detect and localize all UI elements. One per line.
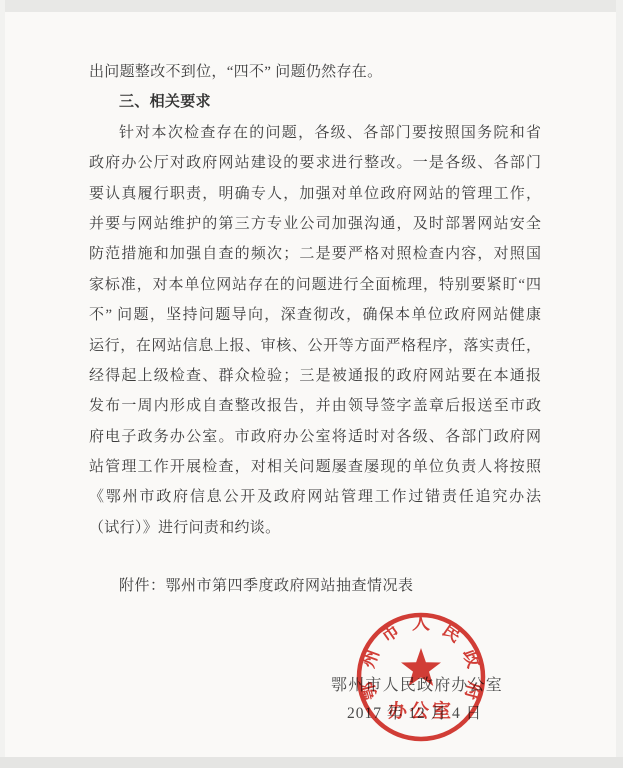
text-line: 并要与网站维护的第三方专业公司加强沟通，及时部署网站安全 (89, 209, 541, 239)
seal-bottom-text: 办公室 (388, 699, 454, 722)
text-line: 出问题整改不到位，“四不” 问题仍然存在。 (89, 57, 541, 87)
text-line: 经得起上级检查、群众检验；三是被通报的政府网站要在本通报 (89, 361, 541, 391)
seal-arc-char: 民 (439, 619, 465, 646)
scan-artifact-top (0, 0, 623, 12)
text-line: 家标准，对本单位网站存在的问题进行全面梳理，特别要紧盯“四 (89, 270, 541, 300)
scanned-document-page: 出问题整改不到位，“四不” 问题仍然存在。 三、相关要求 针对本次检查存在的问题… (0, 0, 623, 768)
text-line: 发布一周内形成自查整改报告，并由领导签字盖章后报送至市政 (89, 391, 541, 421)
text-line: 防范措施和加强自查的频次；二是要严格对照检查内容，对照国 (89, 239, 541, 269)
seal-arc-char: 府 (461, 680, 486, 703)
text-line: 针对本次检查存在的问题，各级、各部门要按照国务院和省 (89, 118, 541, 148)
scan-artifact-right (616, 0, 623, 768)
text-line: （试行）》进行问责和约谈。 (89, 513, 541, 543)
attachment-line: 附件：鄂州市第四季度政府网站抽查情况表 (89, 571, 541, 601)
text-line: 政府办公厅对政府网站建设的要求进行整改。一是各级、各部门 (89, 148, 541, 178)
text-line: 要认真履行职责，明确专人，加强对单位政府网站的管理工作， (89, 179, 541, 209)
text-line: 《鄂州市政府信息公开及政府网站管理工作过错责任追究办法 (89, 482, 541, 512)
scan-artifact-bottom (0, 757, 623, 768)
text-line: 运行，在网站信息上报、审核、公开等方面严格程序，落实责任， (89, 331, 541, 361)
seal-arc-char: 人 (412, 613, 430, 633)
official-seal: 鄂 州 市 人 民 政 府 办公室 (352, 608, 490, 746)
document-body: 出问题整改不到位，“四不” 问题仍然存在。 三、相关要求 针对本次检查存在的问题… (89, 57, 541, 543)
text-line: 不” 问题，坚持问题导向，深查彻改，确保本单位政府网站健康 (89, 300, 541, 330)
scan-artifact-left (0, 0, 5, 768)
section-heading: 三、相关要求 (89, 87, 541, 117)
text-line: 府电子政务办公室。市政府办公室将适时对各级、各部门政府网 (89, 422, 541, 452)
seal-arc-char: 市 (376, 619, 403, 647)
star-icon (401, 648, 441, 686)
text-line: 站管理工作开展检查，对相关问题屡查屡现的单位负责人将按照 (89, 452, 541, 482)
